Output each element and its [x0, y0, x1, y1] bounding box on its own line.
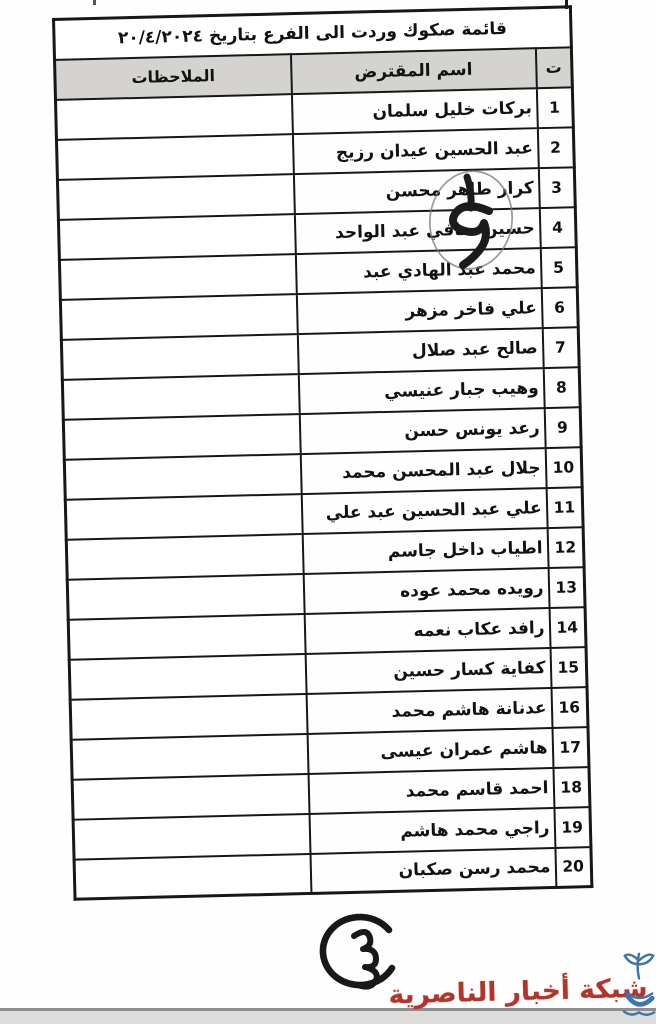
- scanned-document-page: قائمة صكوك وردت الى الفرع بتاريخ ٢٠/٤/٢٠…: [0, 0, 656, 1024]
- row-notes: [74, 853, 311, 899]
- row-notes: [71, 733, 308, 779]
- row-borrower-name: جلال عبد المحسن محمد: [300, 448, 546, 494]
- row-serial: 6: [541, 287, 578, 328]
- row-notes: [56, 134, 293, 180]
- row-borrower-name: رعد يونس حسن: [299, 408, 545, 454]
- row-borrower-name: محمد رسن صكبان: [310, 847, 556, 893]
- row-borrower-name: بركات خليل سلمان: [291, 88, 537, 134]
- row-notes: [69, 654, 306, 700]
- news-network-watermark: شبكة أخبار الناصرية: [399, 965, 636, 1019]
- row-borrower-name: وهيب جبار عنيسي: [298, 368, 544, 414]
- row-serial: 14: [549, 607, 586, 648]
- row-serial: 12: [547, 527, 584, 568]
- row-notes: [60, 294, 297, 340]
- row-borrower-name: هاشم عمران عيسى: [307, 727, 553, 773]
- row-serial: 10: [545, 447, 582, 488]
- row-borrower-name: عبد الحسين عيدان رزيج: [292, 128, 538, 174]
- table-body: 1 بركات خليل سلمان 2 عبد الحسين عيدان رز…: [55, 87, 591, 899]
- row-borrower-name: رافد عكاب نعمه: [304, 608, 550, 654]
- row-notes: [63, 414, 300, 460]
- row-serial: 20: [555, 847, 592, 888]
- row-borrower-name: اطياب داخل جاسم: [302, 528, 548, 574]
- row-serial: 11: [546, 487, 583, 528]
- row-serial: 13: [548, 567, 585, 608]
- row-notes: [72, 773, 309, 819]
- row-borrower-name: صالح عبد صلال: [297, 328, 543, 374]
- row-borrower-name: احمد قاسم محمد: [308, 767, 554, 813]
- row-notes: [65, 494, 302, 540]
- row-serial: 16: [551, 687, 588, 728]
- row-serial: 3: [538, 167, 575, 208]
- row-notes: [61, 334, 298, 380]
- row-notes: [70, 693, 307, 739]
- reed-boat-icon: [622, 948, 656, 1022]
- row-serial: 18: [553, 767, 590, 808]
- row-serial: 9: [544, 407, 581, 448]
- row-notes: [64, 454, 301, 500]
- row-serial: 15: [550, 647, 587, 688]
- row-notes: [68, 614, 305, 660]
- row-serial: 7: [542, 327, 579, 368]
- row-borrower-name: راجي محمد هاشم: [309, 807, 555, 853]
- scan-edge-line-icon: [565, 0, 568, 9]
- column-header-notes: الملاحظات: [55, 54, 292, 100]
- row-notes: [59, 254, 296, 300]
- circled-signature-mark-icon: [323, 917, 392, 987]
- row-borrower-name: علي فاخر مزهر: [296, 288, 542, 334]
- row-borrower-name: كرار طاهر محسن: [293, 168, 539, 214]
- row-notes: [62, 374, 299, 420]
- row-borrower-name: محمد عبد الهادي عبد: [295, 248, 541, 294]
- scan-edge-tick-icon: [93, 0, 96, 5]
- column-header-borrower: اسم المقترض: [290, 48, 536, 94]
- row-notes: [58, 214, 295, 260]
- row-serial: 1: [536, 87, 573, 128]
- row-notes: [57, 174, 294, 220]
- row-borrower-name: رويده محمد عوده: [303, 568, 549, 614]
- row-borrower-name: حسين صافي عبد الواحد: [294, 208, 540, 254]
- row-serial: 19: [554, 807, 591, 848]
- row-serial: 4: [539, 207, 576, 248]
- row-notes: [73, 813, 310, 859]
- row-serial: 2: [537, 127, 574, 168]
- row-notes: [55, 94, 292, 140]
- row-notes: [66, 534, 303, 580]
- row-borrower-name: كفاية كسار حسين: [305, 648, 551, 694]
- row-serial: 5: [540, 247, 577, 288]
- sukuk-table: قائمة صكوك وردت الى الفرع بتاريخ ٢٠/٤/٢٠…: [52, 5, 593, 900]
- row-borrower-name: عدنانة هاشم محمد: [306, 688, 552, 734]
- column-header-serial: ت: [535, 47, 572, 88]
- row-serial: 17: [552, 727, 589, 768]
- row-notes: [67, 574, 304, 620]
- sukuk-list-sheet: قائمة صكوك وردت الى الفرع بتاريخ ٢٠/٤/٢٠…: [52, 5, 590, 900]
- row-borrower-name: علي عبد الحسين عبد علي: [301, 488, 547, 534]
- watermark-text: شبكة أخبار الناصرية: [388, 974, 648, 1011]
- row-serial: 8: [543, 367, 580, 408]
